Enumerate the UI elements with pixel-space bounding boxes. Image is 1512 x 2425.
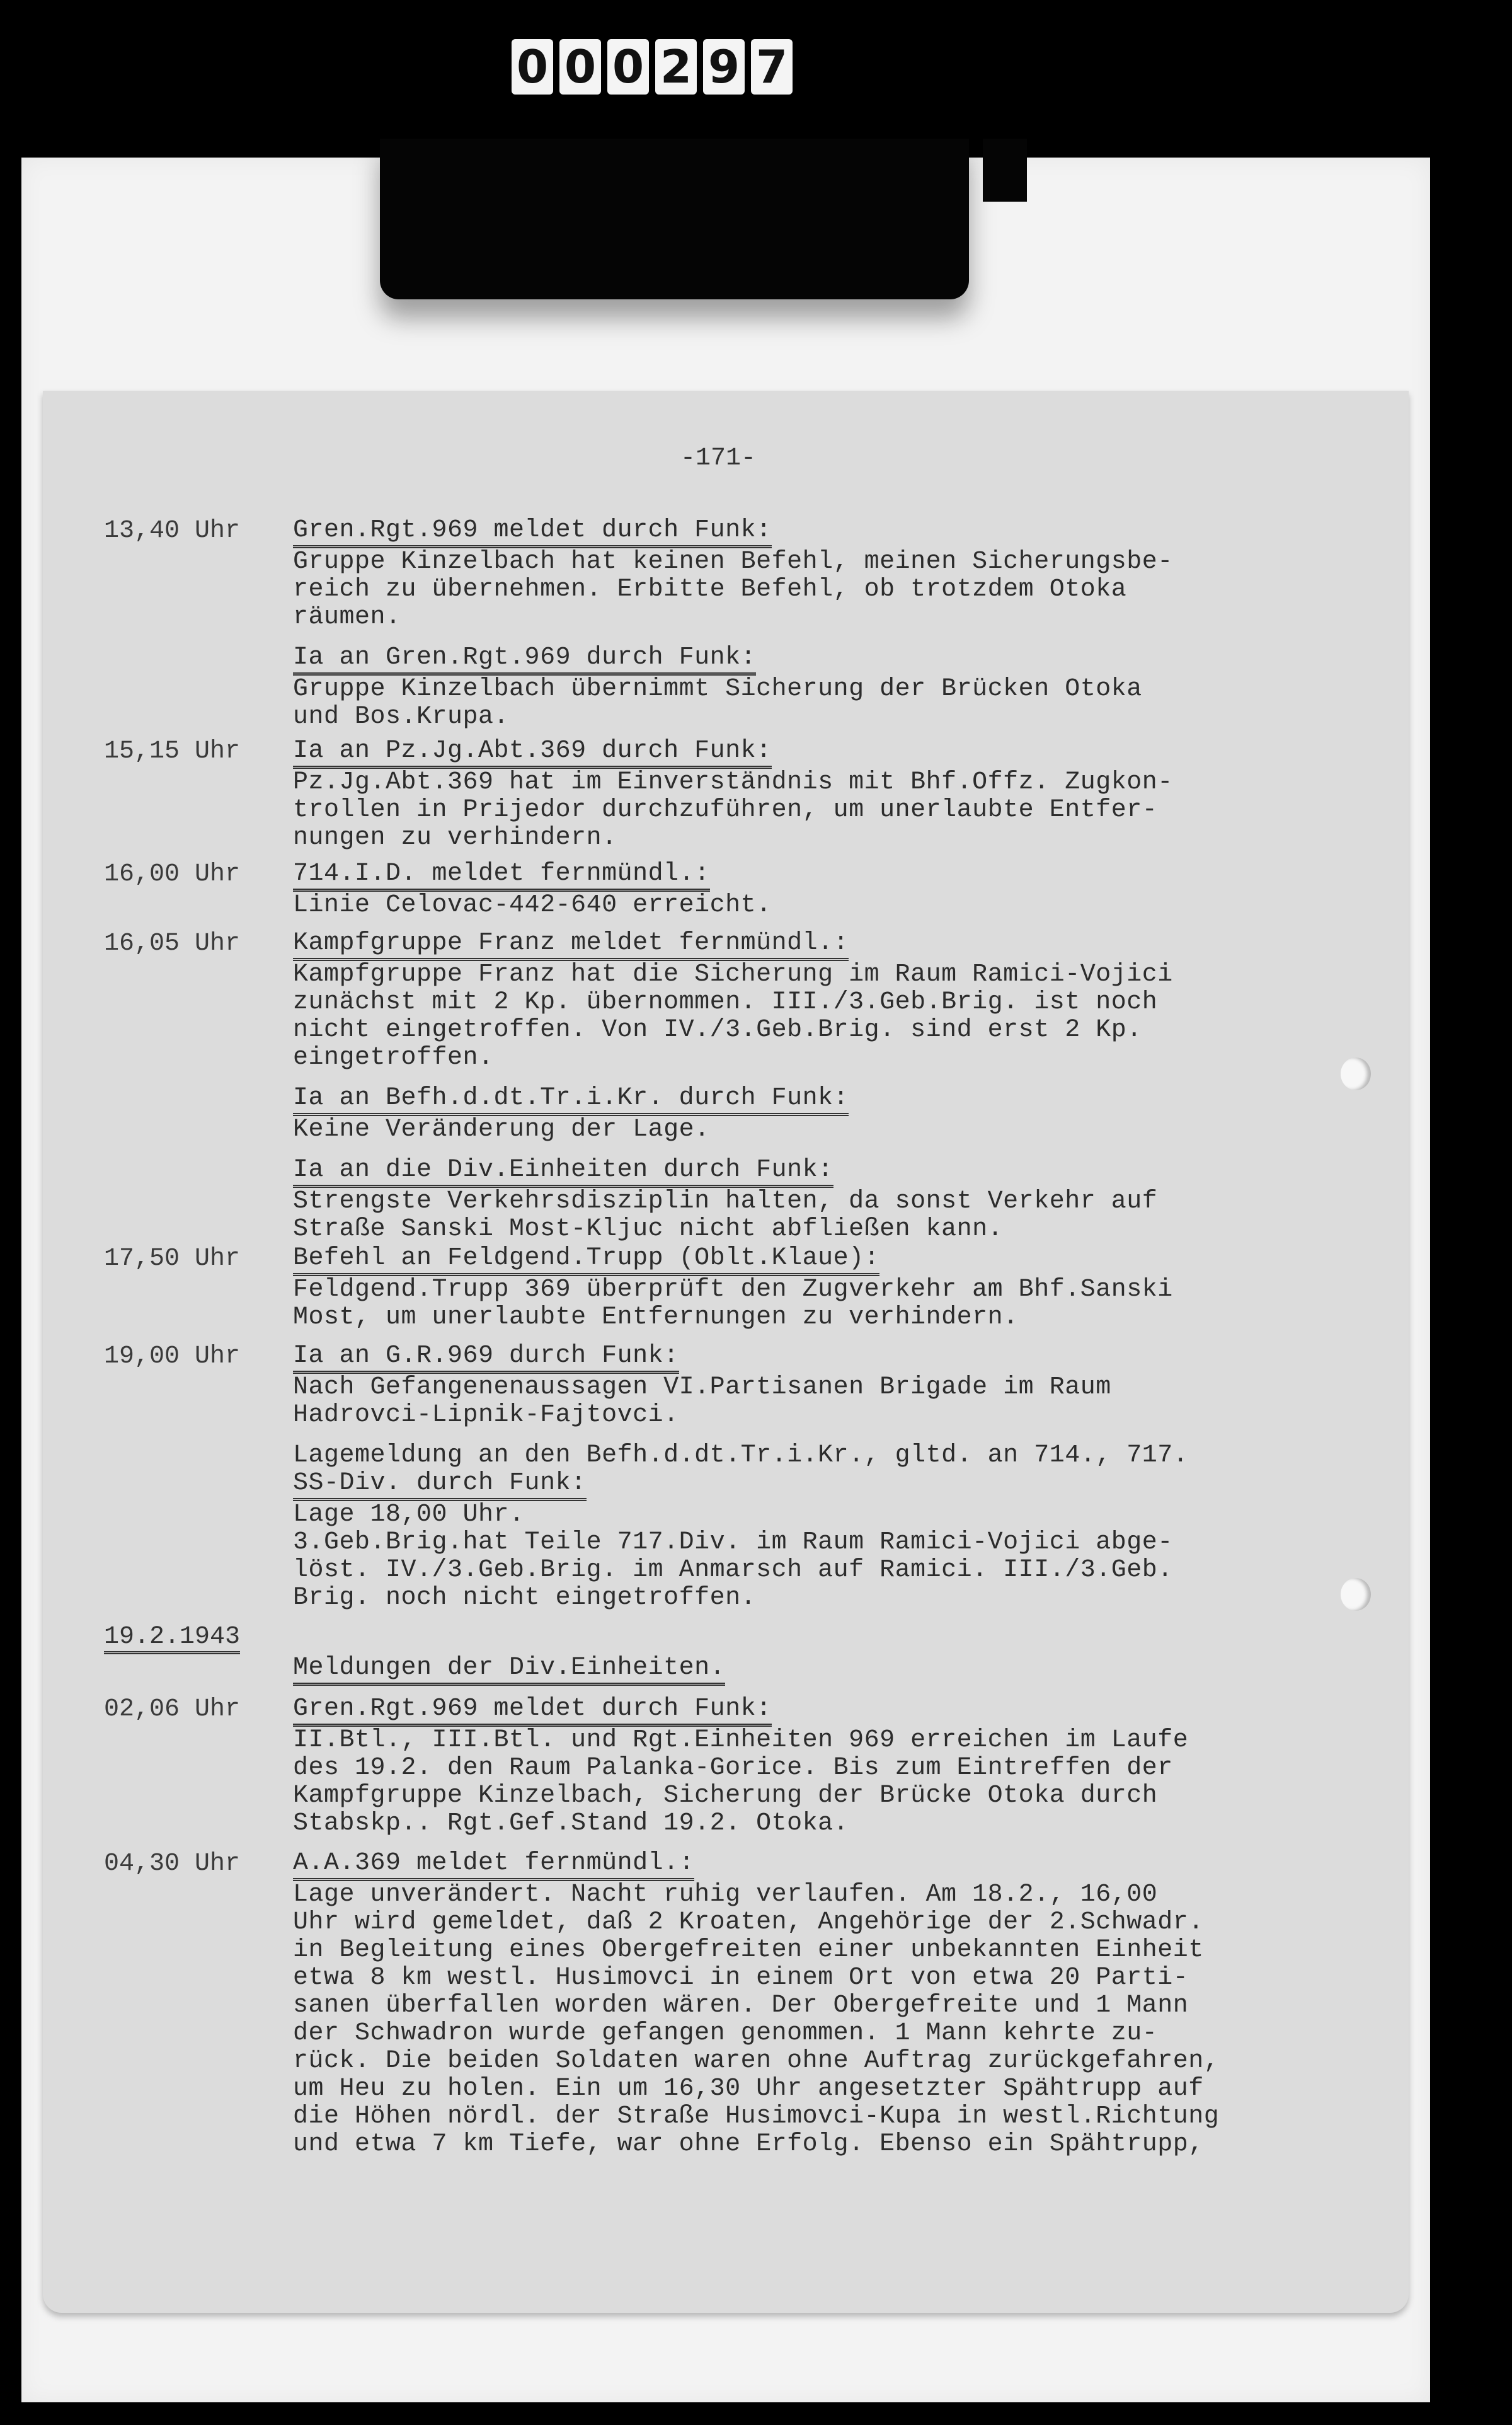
message-text: und Bos.Krupa. bbox=[293, 703, 1301, 731]
message-text: des 19.2. den Raum Palanka-Gorice. Bis z… bbox=[293, 1754, 1301, 1782]
message: Gren.Rgt.969 meldet durch Funk:Gruppe Ki… bbox=[293, 517, 1301, 631]
message-heading: SS-Div. durch Funk: bbox=[293, 1470, 1301, 1501]
message: 714.I.D. meldet fernmündl.:Linie Celovac… bbox=[293, 860, 1301, 919]
message-text: löst. IV./3.Geb.Brig. im Anmarsch auf Ra… bbox=[293, 1557, 1301, 1584]
section-date: 19.2.1943 bbox=[104, 1623, 240, 1654]
message: Ia an Befh.d.dt.Tr.i.Kr. durch Funk:Kein… bbox=[293, 1085, 1301, 1144]
entry-time: 02,06 Uhr bbox=[104, 1695, 240, 1724]
message-text: Uhr wird gemeldet, daß 2 Kroaten, Angehö… bbox=[293, 1909, 1301, 1937]
message-text: Straße Sanski Most-Kljuc nicht abfließen… bbox=[293, 1216, 1301, 1243]
entry-time: 16,00 Uhr bbox=[104, 860, 240, 889]
page-number: -171- bbox=[680, 444, 756, 473]
message-text: eingetroffen. bbox=[293, 1044, 1301, 1072]
message-text: nicht eingetroffen. Von IV./3.Geb.Brig. … bbox=[293, 1017, 1301, 1044]
counter-digit: 0 bbox=[607, 39, 649, 95]
message-text: Lage 18,00 Uhr. bbox=[293, 1501, 1301, 1529]
message-text: Brig. noch nicht eingetroffen. bbox=[293, 1584, 1301, 1612]
message-text: Kampfgruppe Kinzelbach, Sicherung der Br… bbox=[293, 1782, 1301, 1810]
message-text: Linie Celovac-442-640 erreicht. bbox=[293, 892, 1301, 919]
entry-time: 13,40 Uhr bbox=[104, 517, 240, 545]
message-text: zunächst mit 2 Kp. übernommen. III./3.Ge… bbox=[293, 989, 1301, 1017]
message-text: Gruppe Kinzelbach hat keinen Befehl, mei… bbox=[293, 548, 1301, 576]
message-heading: Befehl an Feldgend.Trupp (Oblt.Klaue): bbox=[293, 1245, 1301, 1276]
section-subheading: Meldungen der Div.Einheiten. bbox=[293, 1654, 1301, 1686]
message-heading: Ia an die Div.Einheiten durch Funk: bbox=[293, 1156, 1301, 1188]
message: Kampfgruppe Franz meldet fernmündl.:Kamp… bbox=[293, 930, 1301, 1072]
message-heading: Gren.Rgt.969 meldet durch Funk: bbox=[293, 517, 1301, 548]
entry-block: Ia an G.R.969 durch Funk:Nach Gefangenen… bbox=[293, 1342, 1301, 1612]
entry-time: 19,00 Uhr bbox=[104, 1342, 240, 1371]
entry-block: Befehl an Feldgend.Trupp (Oblt.Klaue):Fe… bbox=[293, 1245, 1301, 1332]
message-text: Gruppe Kinzelbach übernimmt Sicherung de… bbox=[293, 676, 1301, 703]
entry-time: 16,05 Uhr bbox=[104, 930, 240, 958]
message: Lagemeldung an den Befh.d.dt.Tr.i.Kr., g… bbox=[293, 1442, 1301, 1612]
punch-hole bbox=[1341, 1057, 1371, 1090]
message-text: etwa 8 km westl. Husimovci in einem Ort … bbox=[293, 1964, 1301, 1992]
message: Ia an Gren.Rgt.969 durch Funk:Gruppe Kin… bbox=[293, 644, 1301, 731]
entry-block: A.A.369 meldet fernmündl.:Lage unverände… bbox=[293, 1850, 1301, 2158]
entry-block: Gren.Rgt.969 meldet durch Funk:Gruppe Ki… bbox=[293, 517, 1301, 731]
entry-block: 714.I.D. meldet fernmündl.:Linie Celovac… bbox=[293, 860, 1301, 919]
message: Ia an Pz.Jg.Abt.369 durch Funk:Pz.Jg.Abt… bbox=[293, 737, 1301, 852]
message-heading: Kampfgruppe Franz meldet fernmündl.: bbox=[293, 930, 1301, 961]
counter-digit: 0 bbox=[512, 39, 553, 95]
message-text: Pz.Jg.Abt.369 hat im Einverständnis mit … bbox=[293, 769, 1301, 797]
message-text: trollen in Prijedor durchzuführen, um un… bbox=[293, 797, 1301, 824]
message-text: reich zu übernehmen. Erbitte Befehl, ob … bbox=[293, 576, 1301, 604]
message-text: Strengste Verkehrsdisziplin halten, da s… bbox=[293, 1188, 1301, 1216]
entry-time: 15,15 Uhr bbox=[104, 737, 240, 766]
binder-clip bbox=[983, 139, 1027, 202]
message-text: die Höhen nördl. der Straße Husimovci-Ku… bbox=[293, 2103, 1301, 2131]
entry-block: Kampfgruppe Franz meldet fernmündl.:Kamp… bbox=[293, 930, 1301, 1243]
message-heading: Ia an G.R.969 durch Funk: bbox=[293, 1342, 1301, 1374]
message-text: II.Btl., III.Btl. und Rgt.Einheiten 969 … bbox=[293, 1727, 1301, 1754]
message-text: um Heu zu holen. Ein um 16,30 Uhr angese… bbox=[293, 2075, 1301, 2103]
message-text: und etwa 7 km Tiefe, war ohne Erfolg. Eb… bbox=[293, 2131, 1301, 2158]
counter-digit: 2 bbox=[655, 39, 697, 95]
counter-digit: 9 bbox=[703, 39, 745, 95]
message-text: Lage unverändert. Nacht ruhig verlaufen.… bbox=[293, 1881, 1301, 1909]
redaction-block bbox=[380, 139, 969, 299]
entry-time: 04,30 Uhr bbox=[104, 1850, 240, 1878]
message-heading: Ia an Pz.Jg.Abt.369 durch Funk: bbox=[293, 737, 1301, 769]
message-text: nungen zu verhindern. bbox=[293, 824, 1301, 852]
message-heading: A.A.369 meldet fernmündl.: bbox=[293, 1850, 1301, 1881]
message-text: in Begleitung eines Obergefreiten einer … bbox=[293, 1937, 1301, 1964]
message-text: Most, um unerlaubte Entfernungen zu verh… bbox=[293, 1304, 1301, 1332]
message-heading: Gren.Rgt.969 meldet durch Funk: bbox=[293, 1695, 1301, 1727]
archive-frame-counter: 000297 bbox=[512, 39, 793, 95]
message-heading: Ia an Befh.d.dt.Tr.i.Kr. durch Funk: bbox=[293, 1085, 1301, 1116]
section-subheading-wrap: Meldungen der Div.Einheiten. bbox=[293, 1654, 1301, 1686]
entry-block: Gren.Rgt.969 meldet durch Funk:II.Btl., … bbox=[293, 1695, 1301, 1838]
message: Befehl an Feldgend.Trupp (Oblt.Klaue):Fe… bbox=[293, 1245, 1301, 1332]
punch-hole bbox=[1341, 1578, 1371, 1611]
message-text: Keine Veränderung der Lage. bbox=[293, 1116, 1301, 1144]
message-heading: Ia an Gren.Rgt.969 durch Funk: bbox=[293, 644, 1301, 676]
message-text: Kampfgruppe Franz hat die Sicherung im R… bbox=[293, 961, 1301, 989]
entry-time: 17,50 Uhr bbox=[104, 1245, 240, 1273]
message-text: Hadrovci-Lipnik-Fajtovci. bbox=[293, 1402, 1301, 1429]
message-text: Nach Gefangenenaussagen VI.Partisanen Br… bbox=[293, 1374, 1301, 1402]
message-text: rück. Die beiden Soldaten waren ohne Auf… bbox=[293, 2048, 1301, 2075]
message-text: der Schwadron wurde gefangen genommen. 1… bbox=[293, 2020, 1301, 2048]
message-text: Stabskp.. Rgt.Gef.Stand 19.2. Otoka. bbox=[293, 1810, 1301, 1838]
message-text: räumen. bbox=[293, 604, 1301, 631]
message-text: 3.Geb.Brig.hat Teile 717.Div. im Raum Ra… bbox=[293, 1529, 1301, 1557]
message-heading-prefix: Lagemeldung an den Befh.d.dt.Tr.i.Kr., g… bbox=[293, 1442, 1301, 1470]
message: Ia an G.R.969 durch Funk:Nach Gefangenen… bbox=[293, 1342, 1301, 1429]
counter-digit: 7 bbox=[751, 39, 793, 95]
message-heading: 714.I.D. meldet fernmündl.: bbox=[293, 860, 1301, 892]
message-text: sanen überfallen worden wären. Der Oberg… bbox=[293, 1992, 1301, 2020]
message-text: Feldgend.Trupp 369 überprüft den Zugverk… bbox=[293, 1276, 1301, 1304]
message: Ia an die Div.Einheiten durch Funk:Stren… bbox=[293, 1156, 1301, 1243]
counter-digit: 0 bbox=[559, 39, 601, 95]
entry-block: Ia an Pz.Jg.Abt.369 durch Funk:Pz.Jg.Abt… bbox=[293, 737, 1301, 852]
